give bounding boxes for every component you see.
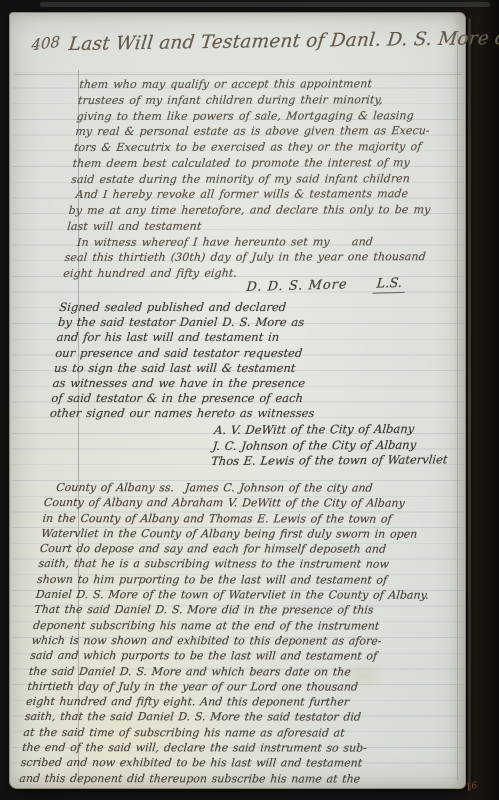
witness-signatures: A. V. DeWitt of the City of AlbanyJ. C. … [210,421,451,469]
manuscript-line: by the said testator Daniel D. S. More a… [57,315,323,330]
will-body-text: them who may qualify or accept this appo… [63,76,460,282]
manuscript-line: the end of the said will, declare the sa… [21,740,438,756]
probate-deposition: County of Albany ss. James C. Johnson of… [19,480,462,787]
manuscript-line: our presence and said testator requested [55,346,321,361]
folio-number: 408 [31,33,60,55]
manuscript-line: saith, that he is a subscribing witness … [38,556,455,572]
page-title: Last Will and Testament of Danl. D. S. M… [68,28,468,55]
manuscript-line: other signed our names hereto as witness… [49,406,315,421]
manuscript-line: Court do depose and say and each for him… [39,541,456,557]
manuscript-line: them deem best calculated to promote the… [72,155,453,172]
manuscript-line: and for his last will and testament in [56,330,322,345]
manuscript-line: at the said time of subscribing his name… [23,725,440,741]
manuscript-page: 408 Last Will and Testament of Danl. D. … [10,13,465,788]
manuscript-line: said and which purports to be the last w… [30,648,447,664]
manuscript-line: Signed sealed published and declared [59,300,325,315]
manuscript-line: of said testator & in the presence of ea… [51,391,317,406]
manuscript-line: giving to them like powers of sale, Mort… [76,108,457,125]
seal-mark: L.S. [373,276,406,294]
manuscript-line: said estate during the minority of my sa… [71,171,452,188]
manuscript-line: seal this thirtieth (30th) day of July i… [64,249,445,266]
underlying-page-edge [468,18,471,791]
manuscript-line: the said Daniel D. S. More and which bea… [28,664,445,680]
manuscript-line: scribed and now exhibited to be his last… [20,755,437,771]
manuscript-line: That the said Daniel D. S. More did in t… [34,602,451,618]
manuscript-line: County of Albany ss. James C. Johnson of… [45,480,462,496]
manuscript-line: my real & personal estate as is above gi… [75,123,456,140]
manuscript-line: thirtieth day of July in the year of our… [27,679,444,695]
scanned-record-photo: 408 Last Will and Testament of Danl. D. … [0,0,499,800]
manuscript-line: eight hundred and fifty eight. And this … [26,694,443,710]
witness-line: A. V. DeWitt of the City of Albany [213,421,451,438]
signature-name: D. D. S. More [246,277,348,295]
manuscript-line: deponent subscribing his name at the end… [32,618,449,634]
witness-line: J. C. Johnson of the City of Albany [212,437,450,454]
manuscript-line: And I hereby revoke all former wills & t… [69,186,450,203]
manuscript-line: Watervliet in the County of Albany being… [41,526,458,542]
manuscript-line: County of Albany and Abraham V. DeWitt o… [43,495,460,511]
manuscript-line: by me at any time heretofore, and declar… [68,202,449,219]
manuscript-line: them who may qualify or accept this appo… [79,76,460,93]
manuscript-line: us to sign the said last will & testamen… [53,361,319,376]
manuscript-line: trustees of my infant children during th… [77,92,458,109]
manuscript-line: shown to him purporting to be the last w… [36,572,453,588]
manuscript-line: in the County of Albany and Thomas E. Le… [42,511,459,527]
corner-pencil-mark: 16 [465,781,478,793]
attestation-clause: Signed sealed published and declaredby t… [49,300,324,422]
book-edge-strip [40,2,490,7]
witness-line: Thos E. Lewis of the town of Watervliet [210,453,448,470]
manuscript-line: tors & Executrix to be exercised as they… [73,139,454,156]
right-margin-rule [457,33,458,780]
manuscript-line: In witness whereof I have hereunto set m… [65,234,446,251]
manuscript-line: saith, that the said Daniel D. S. More t… [24,709,441,725]
manuscript-line: Daniel D. S. More of the town of Watervl… [35,587,452,603]
manuscript-line: which is now shown and exhibited to this… [31,633,448,649]
manuscript-line: last will and testament [67,218,448,235]
testator-signature: D. D. S. More L.S. [246,276,406,295]
manuscript-line: and this deponent did thereupon subscrib… [19,771,436,787]
heading-divider [14,74,462,75]
manuscript-line: as witnesses and we have in the presence [52,376,318,391]
